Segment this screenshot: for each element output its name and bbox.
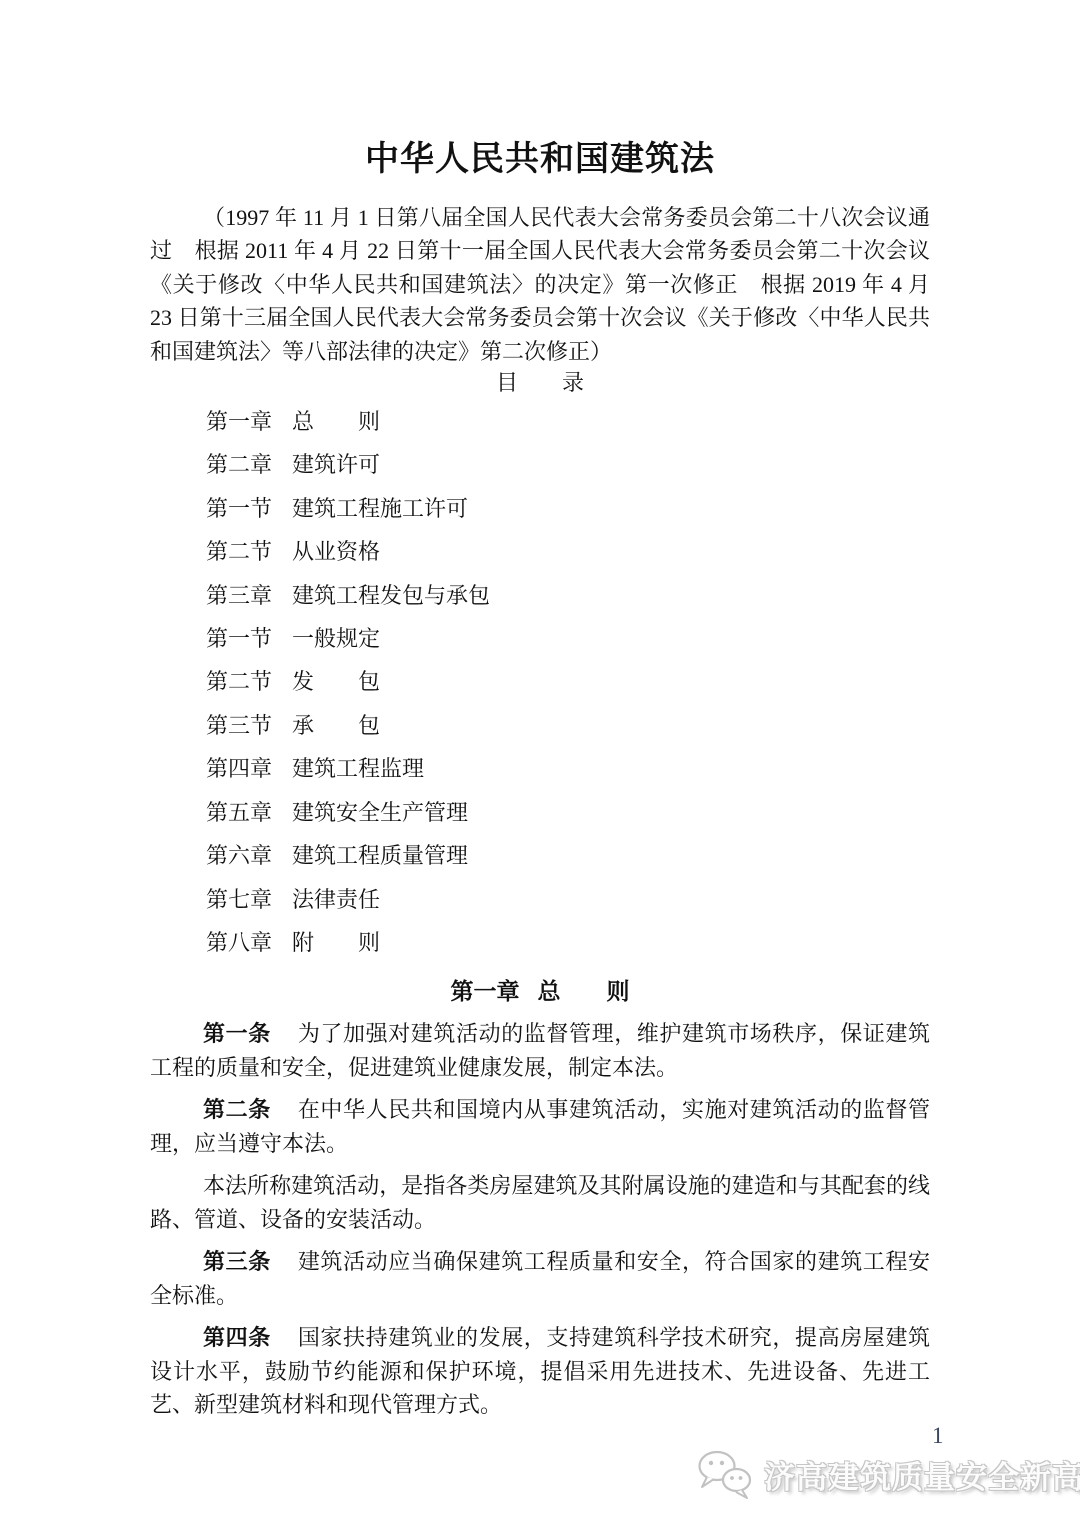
toc-item-number: 第八章 [206, 921, 272, 964]
toc-item: 第二章建筑许可 [150, 443, 930, 486]
toc-heading: 目 录 [150, 366, 930, 400]
article-paragraph: 第二条在中华人民共和国境内从事建筑活动，实施对建筑活动的监督管理，应当遵守本法。 [150, 1093, 930, 1160]
toc-item: 第二节从业资格 [150, 530, 930, 573]
toc-item-number: 第三节 [206, 704, 272, 747]
toc-item-title: 一般规定 [292, 626, 380, 651]
article-paragraph: 第四条国家扶持建筑业的发展，支持建筑科学技术研究，提高房屋建筑设计水平，鼓励节约… [150, 1321, 930, 1422]
toc-item-number: 第三章 [206, 574, 272, 617]
toc-item-title: 建筑工程发包与承包 [292, 583, 490, 608]
articles-section: 第一条为了加强对建筑活动的监督管理，维护建筑市场秩序，保证建筑工程的质量和安全，… [150, 1017, 930, 1422]
page-number: 1 [932, 1422, 944, 1450]
toc-item-title: 附 则 [292, 930, 380, 955]
wechat-icon [694, 1447, 756, 1501]
chapter-number: 第一章 [451, 978, 520, 1004]
toc-item-number: 第一节 [206, 617, 272, 660]
toc-item-number: 第二节 [206, 530, 272, 573]
toc-item: 第一章总 则 [150, 400, 930, 443]
toc-item-title: 建筑工程监理 [292, 756, 424, 781]
article-label: 第二条 [203, 1097, 271, 1122]
toc-item: 第五章建筑安全生产管理 [150, 791, 930, 834]
toc-item-title: 建筑许可 [292, 452, 380, 477]
toc-item-number: 第六章 [206, 834, 272, 877]
toc-item: 第七章法律责任 [150, 878, 930, 921]
toc-item-number: 第二章 [206, 443, 272, 486]
article-paragraph: 本法所称建筑活动，是指各类房屋建筑及其附属设施的建造和与其配套的线路、管道、设备… [150, 1169, 930, 1236]
watermark-text: 济高建筑质量安全新高地 [764, 1452, 1080, 1497]
toc-item-title: 从业资格 [292, 539, 380, 564]
toc-item: 第二节发 包 [150, 660, 930, 703]
document-page: { "page": { "title": "中华人民共和国建筑法", "prea… [0, 0, 1080, 1527]
toc-item-number: 第五章 [206, 791, 272, 834]
chapter-heading: 第一章总 则 [150, 974, 930, 1008]
toc-item-title: 发 包 [292, 669, 380, 694]
toc-item: 第八章附 则 [150, 921, 930, 964]
preamble-paragraph: （1997 年 11 月 1 日第八届全国人民代表大会常务委员会第二十八次会议通… [150, 201, 930, 368]
toc-item-title: 法律责任 [292, 887, 380, 912]
toc-item: 第三章建筑工程发包与承包 [150, 574, 930, 617]
toc-item-title: 承 包 [292, 713, 380, 738]
toc-item-number: 第七章 [206, 878, 272, 921]
watermark: 济高建筑质量安全新高地 [694, 1447, 1080, 1501]
toc-item-number: 第二节 [206, 660, 272, 703]
article-text: 本法所称建筑活动，是指各类房屋建筑及其附属设施的建造和与其配套的线路、管道、设备… [150, 1173, 930, 1232]
article-paragraph: 第一条为了加强对建筑活动的监督管理，维护建筑市场秩序，保证建筑工程的质量和安全，… [150, 1017, 930, 1084]
article-label: 第四条 [203, 1325, 271, 1350]
toc-item-number: 第四章 [206, 747, 272, 790]
article-paragraph: 第三条建筑活动应当确保建筑工程质量和安全，符合国家的建筑工程安全标准。 [150, 1245, 930, 1312]
toc-item-title: 总 则 [292, 409, 380, 434]
toc-item-number: 第一章 [206, 400, 272, 443]
toc-item: 第四章建筑工程监理 [150, 747, 930, 790]
toc-item: 第三节承 包 [150, 704, 930, 747]
article-label: 第一条 [203, 1021, 271, 1046]
toc-item-title: 建筑工程质量管理 [292, 843, 468, 868]
article-label: 第三条 [203, 1249, 271, 1274]
table-of-contents: 第一章总 则 第二章建筑许可 第一节建筑工程施工许可 第二节从业资格 第三章建筑… [150, 400, 930, 964]
toc-item-title: 建筑安全生产管理 [292, 800, 468, 825]
document-title: 中华人民共和国建筑法 [150, 0, 930, 182]
toc-item: 第一节建筑工程施工许可 [150, 487, 930, 530]
toc-item-number: 第一节 [206, 487, 272, 530]
toc-item: 第一节一般规定 [150, 617, 930, 660]
chapter-title: 总 则 [538, 978, 630, 1004]
document-content: 中华人民共和国建筑法 （1997 年 11 月 1 日第八届全国人民代表大会常务… [0, 0, 1080, 1422]
toc-item: 第六章建筑工程质量管理 [150, 834, 930, 877]
toc-item-title: 建筑工程施工许可 [292, 496, 468, 521]
